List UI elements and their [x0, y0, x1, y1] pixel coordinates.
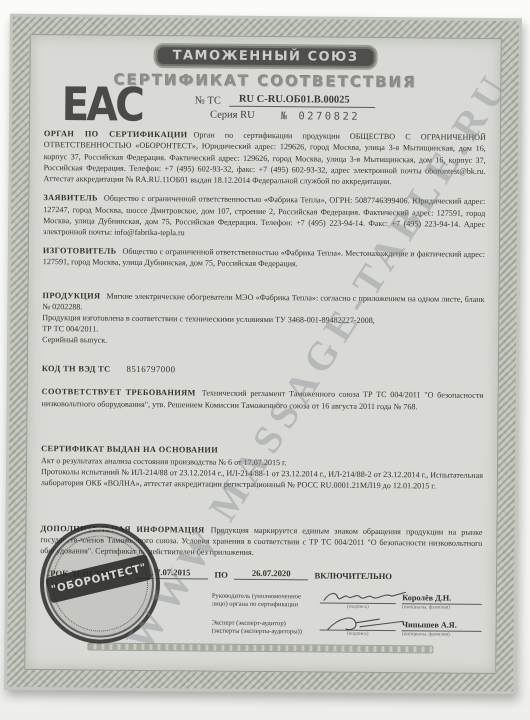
certificate-body: WWW.MASSAGE-TABLE.RU ТАМОЖЕННЫЙ СОЮЗ СЕР…: [24, 34, 502, 674]
expert-role-label: Эксперт (эксперт-аудитор) (эксперты (экс…: [212, 619, 314, 636]
expert-signature-line: [320, 616, 397, 632]
section-text: Акт о результатах анализа состояния прои…: [41, 456, 483, 491]
security-microprint-strip: [87, 643, 434, 654]
head-role-label: Руководитель (уполномоченное лицо) орган…: [212, 592, 314, 609]
validity-to-date: 26.07.2020: [234, 568, 309, 581]
section-complies-with: СООТВЕТСТВУЕТ ТРЕБОВАНИЯМТехнический рег…: [42, 386, 484, 412]
validity-to-label: ПО: [214, 570, 227, 580]
series-label: Серия RU: [210, 110, 255, 122]
section-text: Общество с ограниченной ответственностью…: [43, 194, 485, 237]
section-label: ОРГАН ПО СЕРТИФИКАЦИИ: [44, 129, 194, 139]
section-applicant: ЗАЯВИТЕЛЬОбщество с ограниченной ответст…: [43, 192, 485, 241]
head-signature: [320, 588, 410, 607]
certificate-sheet: WWW.MASSAGE-TABLE.RU ТАМОЖЕННЫЙ СОЮЗ СЕР…: [4, 14, 522, 694]
section-text: Орган по сертификации продукции ОБЩЕСТВО…: [43, 130, 485, 186]
section-label: ЗАЯВИТЕЛЬ: [43, 193, 104, 203]
section-manufacturer: ИЗГОТОВИТЕЛЬОбщество с ограниченной отве…: [43, 245, 485, 271]
section-text: Мягкие электрические обогреватели МЭО «Ф…: [42, 291, 484, 345]
section-label: ПРОДУКЦИЯ: [42, 291, 106, 301]
certificate-number-row: № ТС RU C-RU.ОБ01.В.00025: [84, 92, 486, 109]
customs-union-banner: ТАМОЖЕННЫЙ СОЮЗ: [156, 45, 376, 68]
certificate-number: RU C-RU.ОБ01.В.00025: [229, 94, 376, 108]
section-certification-body: ОРГАН ПО СЕРТИФИКАЦИИОрган по сертификац…: [43, 128, 485, 188]
section-label: КОД ТН ВЭД ТС: [42, 364, 117, 374]
expert-signature: [319, 615, 409, 634]
signature-block: Руководитель (уполномоченное лицо) орган…: [211, 588, 481, 644]
section-label: СООТВЕТСТВУЕТ ТРЕБОВАНИЯМ: [42, 387, 202, 397]
expert-signature-row: Эксперт (эксперт-аудитор) (эксперты (экс…: [212, 615, 482, 638]
guilloche-border: WWW.MASSAGE-TABLE.RU ТАМОЖЕННЫЙ СОЮЗ СЕР…: [7, 17, 519, 691]
head-signature-row: Руководитель (уполномоченное лицо) орган…: [212, 588, 482, 611]
section-tnved-code: КОД ТН ВЭД ТС8516797000: [42, 362, 484, 378]
validity-suffix: ВКЛЮЧИТЕЛЬНО: [314, 571, 392, 582]
certificate-number-label: № ТС: [195, 95, 221, 106]
section-issued-on-basis: СЕРТИФИКАТ ВЫДАН НА ОСНОВАНИИАкт о резул…: [41, 443, 483, 493]
tnved-code-value: 8516797000: [116, 363, 175, 374]
series-number: № 0270822: [281, 110, 361, 123]
head-signature-line: [320, 589, 397, 605]
name-caption: (инициалы, фамилия): [402, 605, 482, 612]
series-row: Серия RU № 0270822: [84, 108, 486, 124]
section-product: ПРОДУКЦИЯМягкие электрические обогревате…: [42, 290, 484, 350]
name-caption: (инициалы, фамилия): [402, 632, 482, 639]
section-label: ИЗГОТОВИТЕЛЬ: [43, 246, 123, 256]
eac-mark: EAC: [61, 78, 142, 132]
